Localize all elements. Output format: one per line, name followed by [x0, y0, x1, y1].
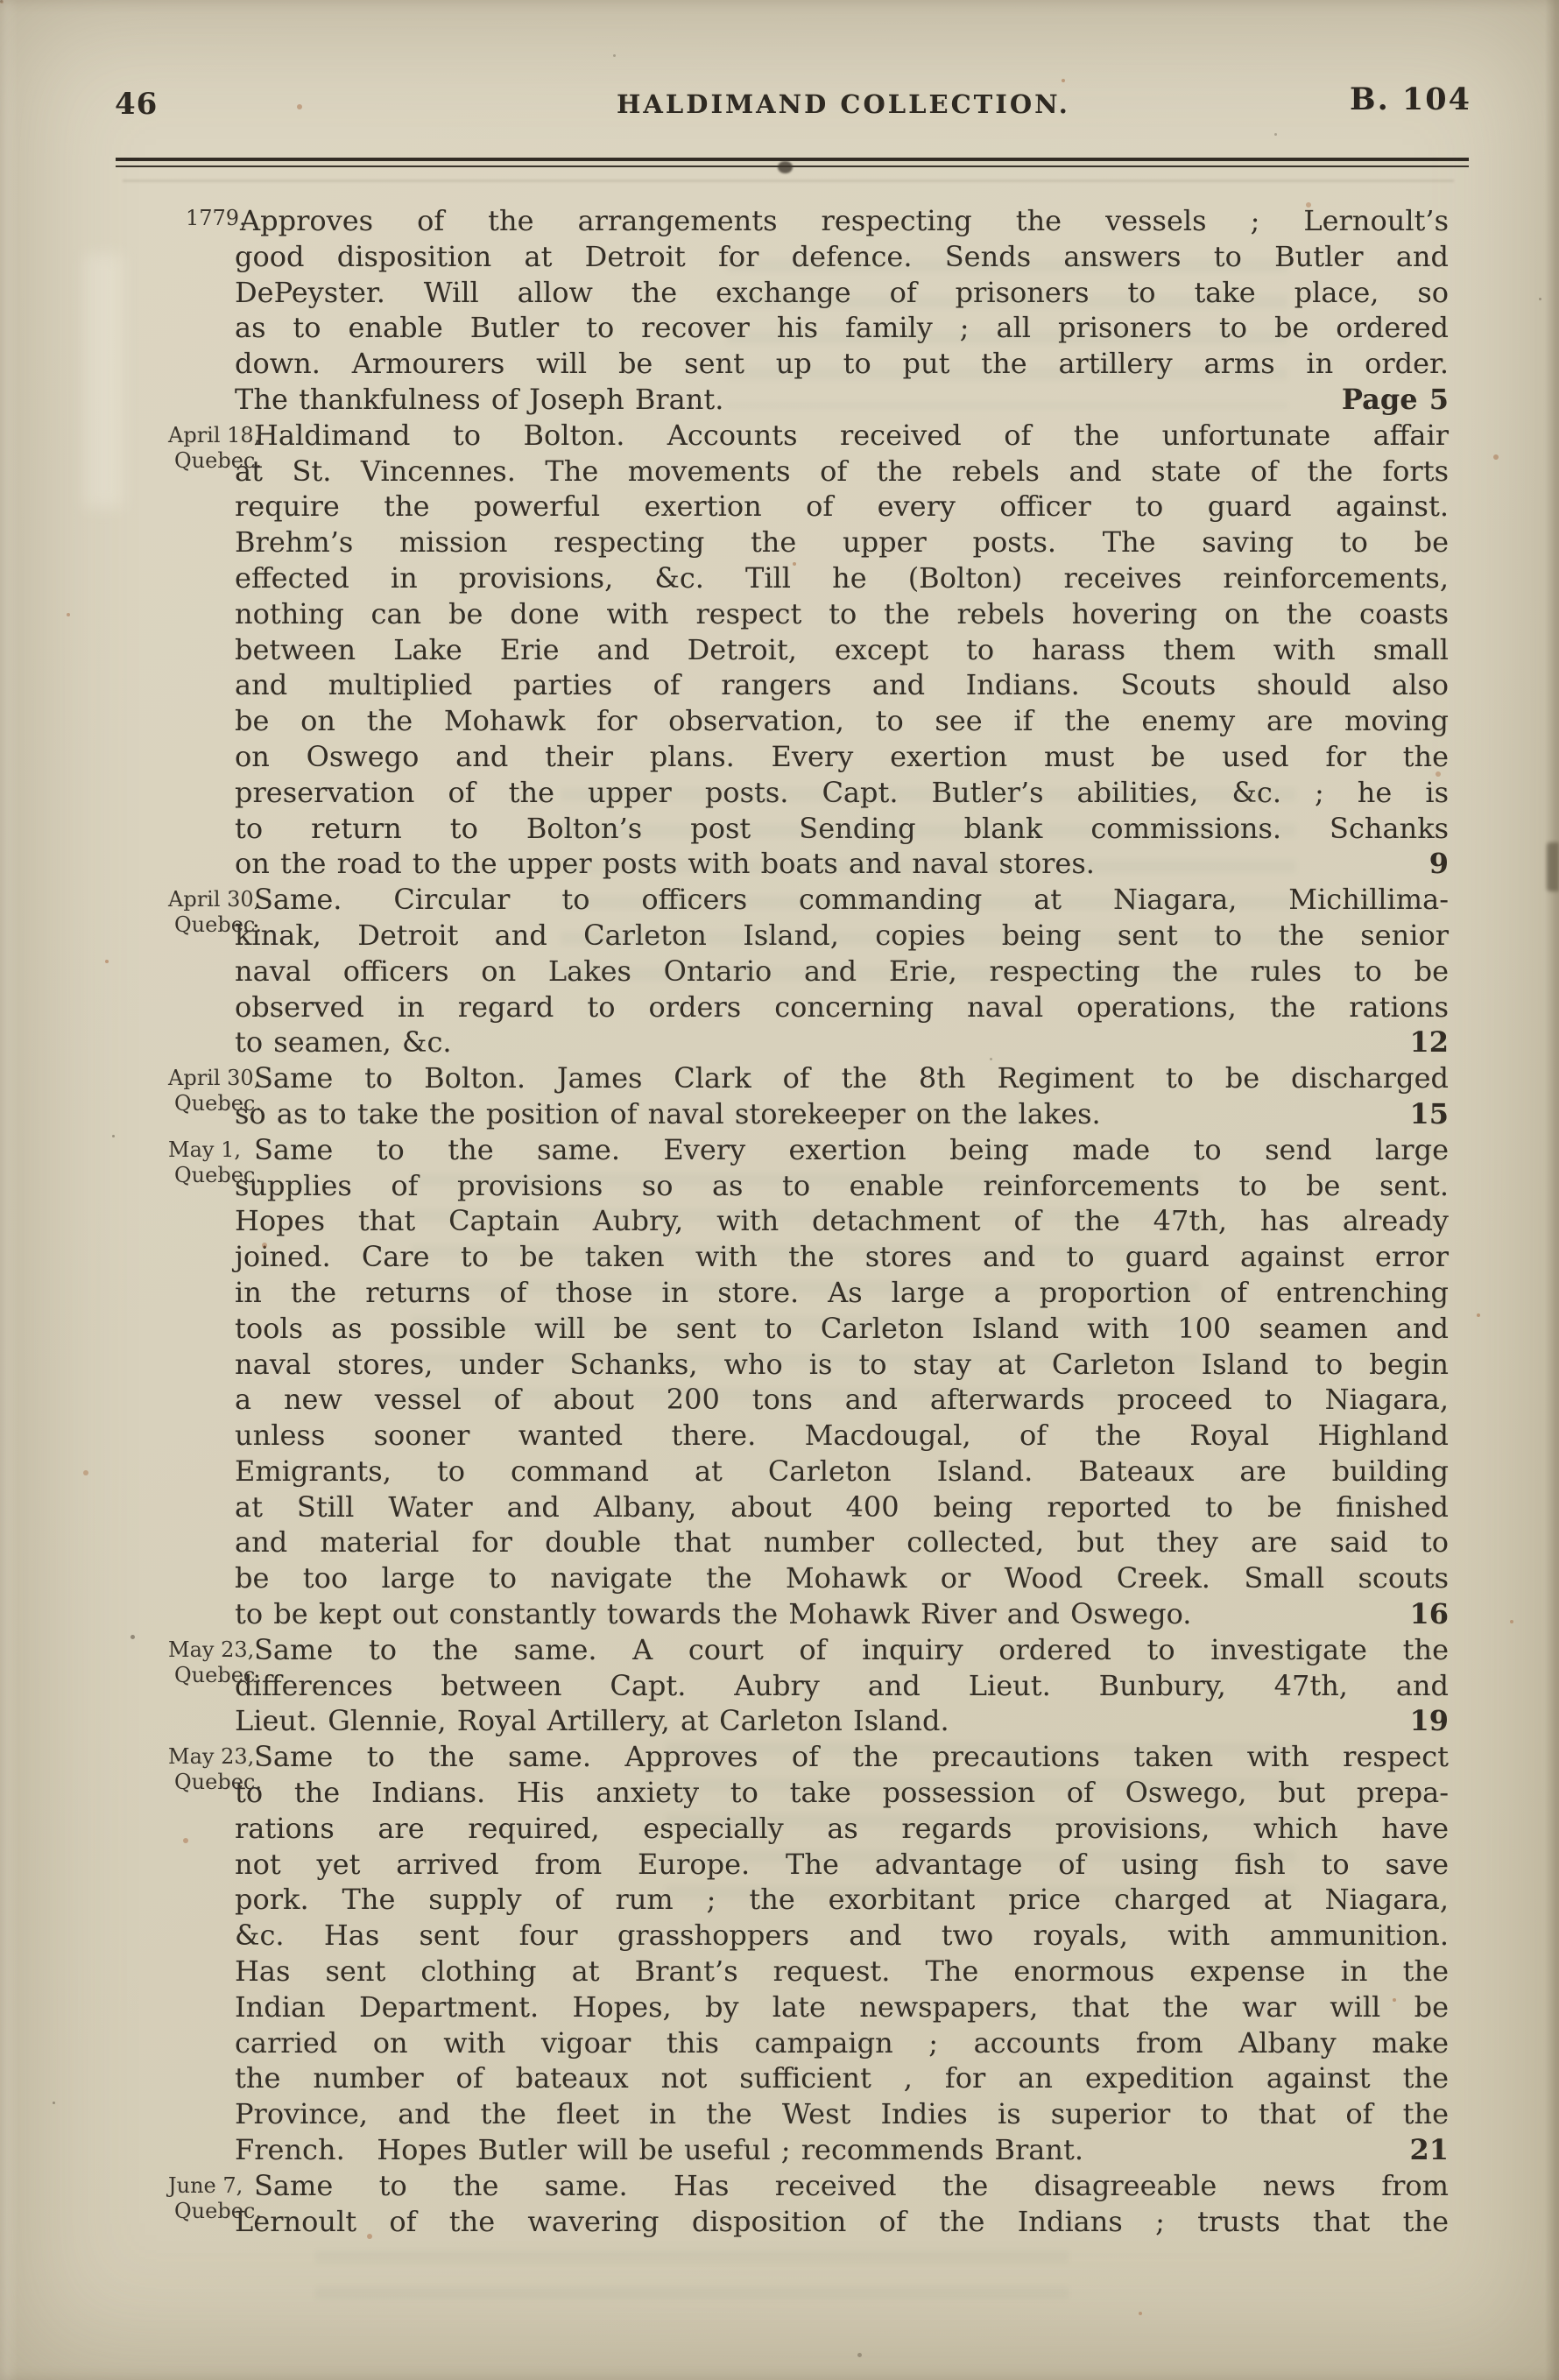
margin-place: Quebec.	[168, 912, 300, 938]
margin-place: Quebec.	[168, 2199, 300, 2224]
text-line: pork. The supply of rum ; the exorbitant…	[235, 1882, 1449, 1918]
text-line: at St. Vincennes. The movements of the r…	[235, 454, 1449, 489]
text-line-content: The thankfulness of Joseph Brant.	[235, 382, 723, 418]
text-line: not yet arrived from Europe. The advanta…	[235, 1847, 1449, 1883]
page-ref: 19	[1409, 1703, 1449, 1739]
text-line: as to enable Butler to recover his famil…	[235, 310, 1449, 346]
text-line: joined. Care to be taken with the stores…	[235, 1239, 1449, 1275]
page-number: 46	[115, 87, 158, 122]
text-line: Approves of the arrangements respecting …	[235, 203, 1449, 239]
show-through-ghost	[315, 2250, 1069, 2320]
text-line: Lieut. Glennie, Royal Artillery, at Carl…	[235, 1703, 1449, 1739]
text-line: Brehm’s mission respecting the upper pos…	[235, 525, 1449, 560]
page-ref: 12	[1409, 1025, 1449, 1060]
text-line: to return to Bolton’s post Sending blank…	[235, 811, 1449, 847]
margin-date-line: May 1,	[168, 1137, 300, 1163]
text-line: preservation of the upper posts. Capt. B…	[235, 775, 1449, 811]
paper-speck-cluster	[0, 0, 3, 3]
text-line-content: to be kept out constantly towards the Mo…	[235, 1596, 1191, 1632]
text-line: Emigrants, to command at Carleton Island…	[235, 1454, 1449, 1489]
text-line: to be kept out constantly towards the Mo…	[235, 1596, 1449, 1632]
text-line: Hopes that Captain Aubry, with detachmen…	[235, 1203, 1449, 1239]
catalogue-entry: May 23,Quebec.Same to the same. Approves…	[235, 1739, 1449, 2168]
header-rule-ghost	[123, 180, 1454, 182]
text-line: Same to Bolton. James Clark of the 8th R…	[235, 1060, 1449, 1096]
text-line: DePeyster. Will allow the exchange of pr…	[235, 275, 1449, 311]
text-line: Same to the same. Has received the disag…	[235, 2168, 1449, 2204]
text-line: supplies of provisions so as to enable r…	[235, 1168, 1449, 1204]
page-ref: 9	[1429, 846, 1449, 882]
catalogue-entry: May 1,Quebec.Same to the same. Every exe…	[235, 1132, 1449, 1632]
text-line: Same to the same. A court of inquiry ord…	[235, 1632, 1449, 1668]
catalogue-entry: May 23,Quebec.Same to the same. A court …	[235, 1632, 1449, 1739]
text-line: effected in provisions, &c. Till he (Bol…	[235, 560, 1449, 596]
margin-date-line: April 30,	[168, 887, 300, 912]
text-line: Has sent clothing at Brant’s request. Th…	[235, 1954, 1449, 1989]
text-line: and multiplied parties of rangers and In…	[235, 667, 1449, 703]
paper-streak	[84, 254, 123, 508]
text-line: and material for double that number coll…	[235, 1524, 1449, 1560]
text-line: naval officers on Lakes Ontario and Erie…	[235, 954, 1449, 989]
margin-place: Quebec.	[168, 1091, 300, 1116]
text-line: kinak, Detroit and Carleton Island, copi…	[235, 918, 1449, 954]
page-ref: 21	[1409, 2132, 1449, 2168]
text-line: to the Indians. His anxiety to take poss…	[235, 1775, 1449, 1811]
text-line: be on the Mohawk for observation, to see…	[235, 703, 1449, 739]
text-line: between Lake Erie and Detroit, except to…	[235, 632, 1449, 668]
margin-date: June 7,Quebec.	[168, 2173, 300, 2224]
text-line: unless sooner wanted there. Macdougal, o…	[235, 1418, 1449, 1454]
margin-date: May 1,Quebec.	[168, 1137, 300, 1188]
text-line: Haldimand to Bolton. Accounts received o…	[235, 418, 1449, 454]
text-line: &c. Has sent four grasshoppers and two r…	[235, 1918, 1449, 1954]
text-line: so as to take the position of naval stor…	[235, 1096, 1449, 1132]
text-line: on Oswego and their plans. Every exertio…	[235, 739, 1449, 775]
text-line: in the returns of those in store. As lar…	[235, 1275, 1449, 1311]
text-line: Same. Circular to officers commanding at…	[235, 882, 1449, 918]
paper-speck-cluster	[0, 0, 4, 4]
margin-place: Quebec.	[168, 1770, 300, 1795]
text-line: nothing can be done with respect to the …	[235, 596, 1449, 632]
text-block: 1779.Approves of the arrangements respec…	[235, 203, 1449, 2239]
catalogue-entry: 1779.Approves of the arrangements respec…	[235, 203, 1449, 418]
margin-date: April 18,Quebec.	[168, 423, 300, 474]
text-line: rations are required, especially as rega…	[235, 1811, 1449, 1847]
text-line: require the powerful exertion of every o…	[235, 489, 1449, 525]
margin-place: Quebec.	[168, 1163, 300, 1188]
text-line: Indian Department. Hopes, by late newspa…	[235, 1989, 1449, 2025]
margin-place: Quebec.	[168, 448, 300, 474]
margin-place: Quebec.	[168, 1663, 300, 1688]
text-line: good disposition at Detroit for defence.…	[235, 239, 1449, 275]
margin-date-line: 1779.	[186, 206, 317, 231]
page-ref: 15	[1409, 1096, 1449, 1132]
text-line: Province, and the fleet in the West Indi…	[235, 2096, 1449, 2132]
text-line-content: Lieut. Glennie, Royal Artillery, at Carl…	[235, 1703, 949, 1739]
catalogue-entry: April 18,Quebec.Haldimand to Bolton. Acc…	[235, 418, 1449, 882]
text-line: The thankfulness of Joseph Brant.Page 5	[235, 382, 1449, 418]
margin-date-line: May 23,	[168, 1637, 300, 1663]
catalogue-entry: April 30,Quebec.Same to Bolton. James Cl…	[235, 1060, 1449, 1132]
text-line: Same to the same. Every exertion being m…	[235, 1132, 1449, 1168]
margin-date-line: May 23,	[168, 1744, 300, 1770]
margin-date: 1779.	[186, 206, 317, 231]
text-line: a new vessel of about 200 tons and after…	[235, 1382, 1449, 1418]
text-line-content: French. Hopes Butler will be useful ; re…	[235, 2132, 1083, 2168]
text-line: be too large to navigate the Mohawk or W…	[235, 1560, 1449, 1596]
text-line: on the road to the upper posts with boat…	[235, 846, 1449, 882]
text-line-content: to seamen, &c.	[235, 1025, 452, 1060]
text-line: the number of bateaux not sufficient , f…	[235, 2060, 1449, 2096]
text-line: down. Armourers will be sent up to put t…	[235, 346, 1449, 382]
margin-date: April 30,Quebec.	[168, 1066, 300, 1116]
text-line: tools as possible will be sent to Carlet…	[235, 1311, 1449, 1347]
header-code: B. 104	[1350, 81, 1471, 117]
text-line: Lernoult of the wavering disposition of …	[235, 2204, 1449, 2240]
text-line: naval stores, under Schanks, who is to s…	[235, 1347, 1449, 1383]
catalogue-entry: June 7,Quebec.Same to the same. Has rece…	[235, 2168, 1449, 2240]
ink-blob	[778, 161, 793, 173]
text-line: observed in regard to orders concerning …	[235, 989, 1449, 1025]
margin-date-line: April 18,	[168, 423, 300, 448]
margin-date-line: April 30,	[168, 1066, 300, 1091]
scanned-book-page: 46 HALDIMAND COLLECTION. B. 104 1779.App…	[0, 0, 1559, 2380]
catalogue-entry: April 30,Quebec.Same. Circular to office…	[235, 882, 1449, 1060]
text-line: differences between Capt. Aubry and Lieu…	[235, 1668, 1449, 1704]
text-line: French. Hopes Butler will be useful ; re…	[235, 2132, 1449, 2168]
page-ref: 16	[1409, 1596, 1449, 1632]
text-line: at Still Water and Albany, about 400 bei…	[235, 1489, 1449, 1525]
text-line: to seamen, &c.12	[235, 1025, 1449, 1060]
text-line: carried on with vigoar this campaign ; a…	[235, 2025, 1449, 2061]
text-line-content: so as to take the position of naval stor…	[235, 1096, 1101, 1132]
text-line-content: on the road to the upper posts with boat…	[235, 846, 1095, 882]
margin-date: May 23,Quebec.	[168, 1744, 300, 1795]
margin-date: May 23,Quebec.	[168, 1637, 300, 1688]
margin-date-line: June 7,	[168, 2173, 300, 2199]
text-line: Same to the same. Approves of the precau…	[235, 1739, 1449, 1775]
header-title: HALDIMAND COLLECTION.	[617, 89, 1070, 119]
margin-date: April 30,Quebec.	[168, 887, 300, 938]
page-edge-mark	[1547, 842, 1559, 891]
page-ref: Page 5	[1342, 382, 1449, 418]
